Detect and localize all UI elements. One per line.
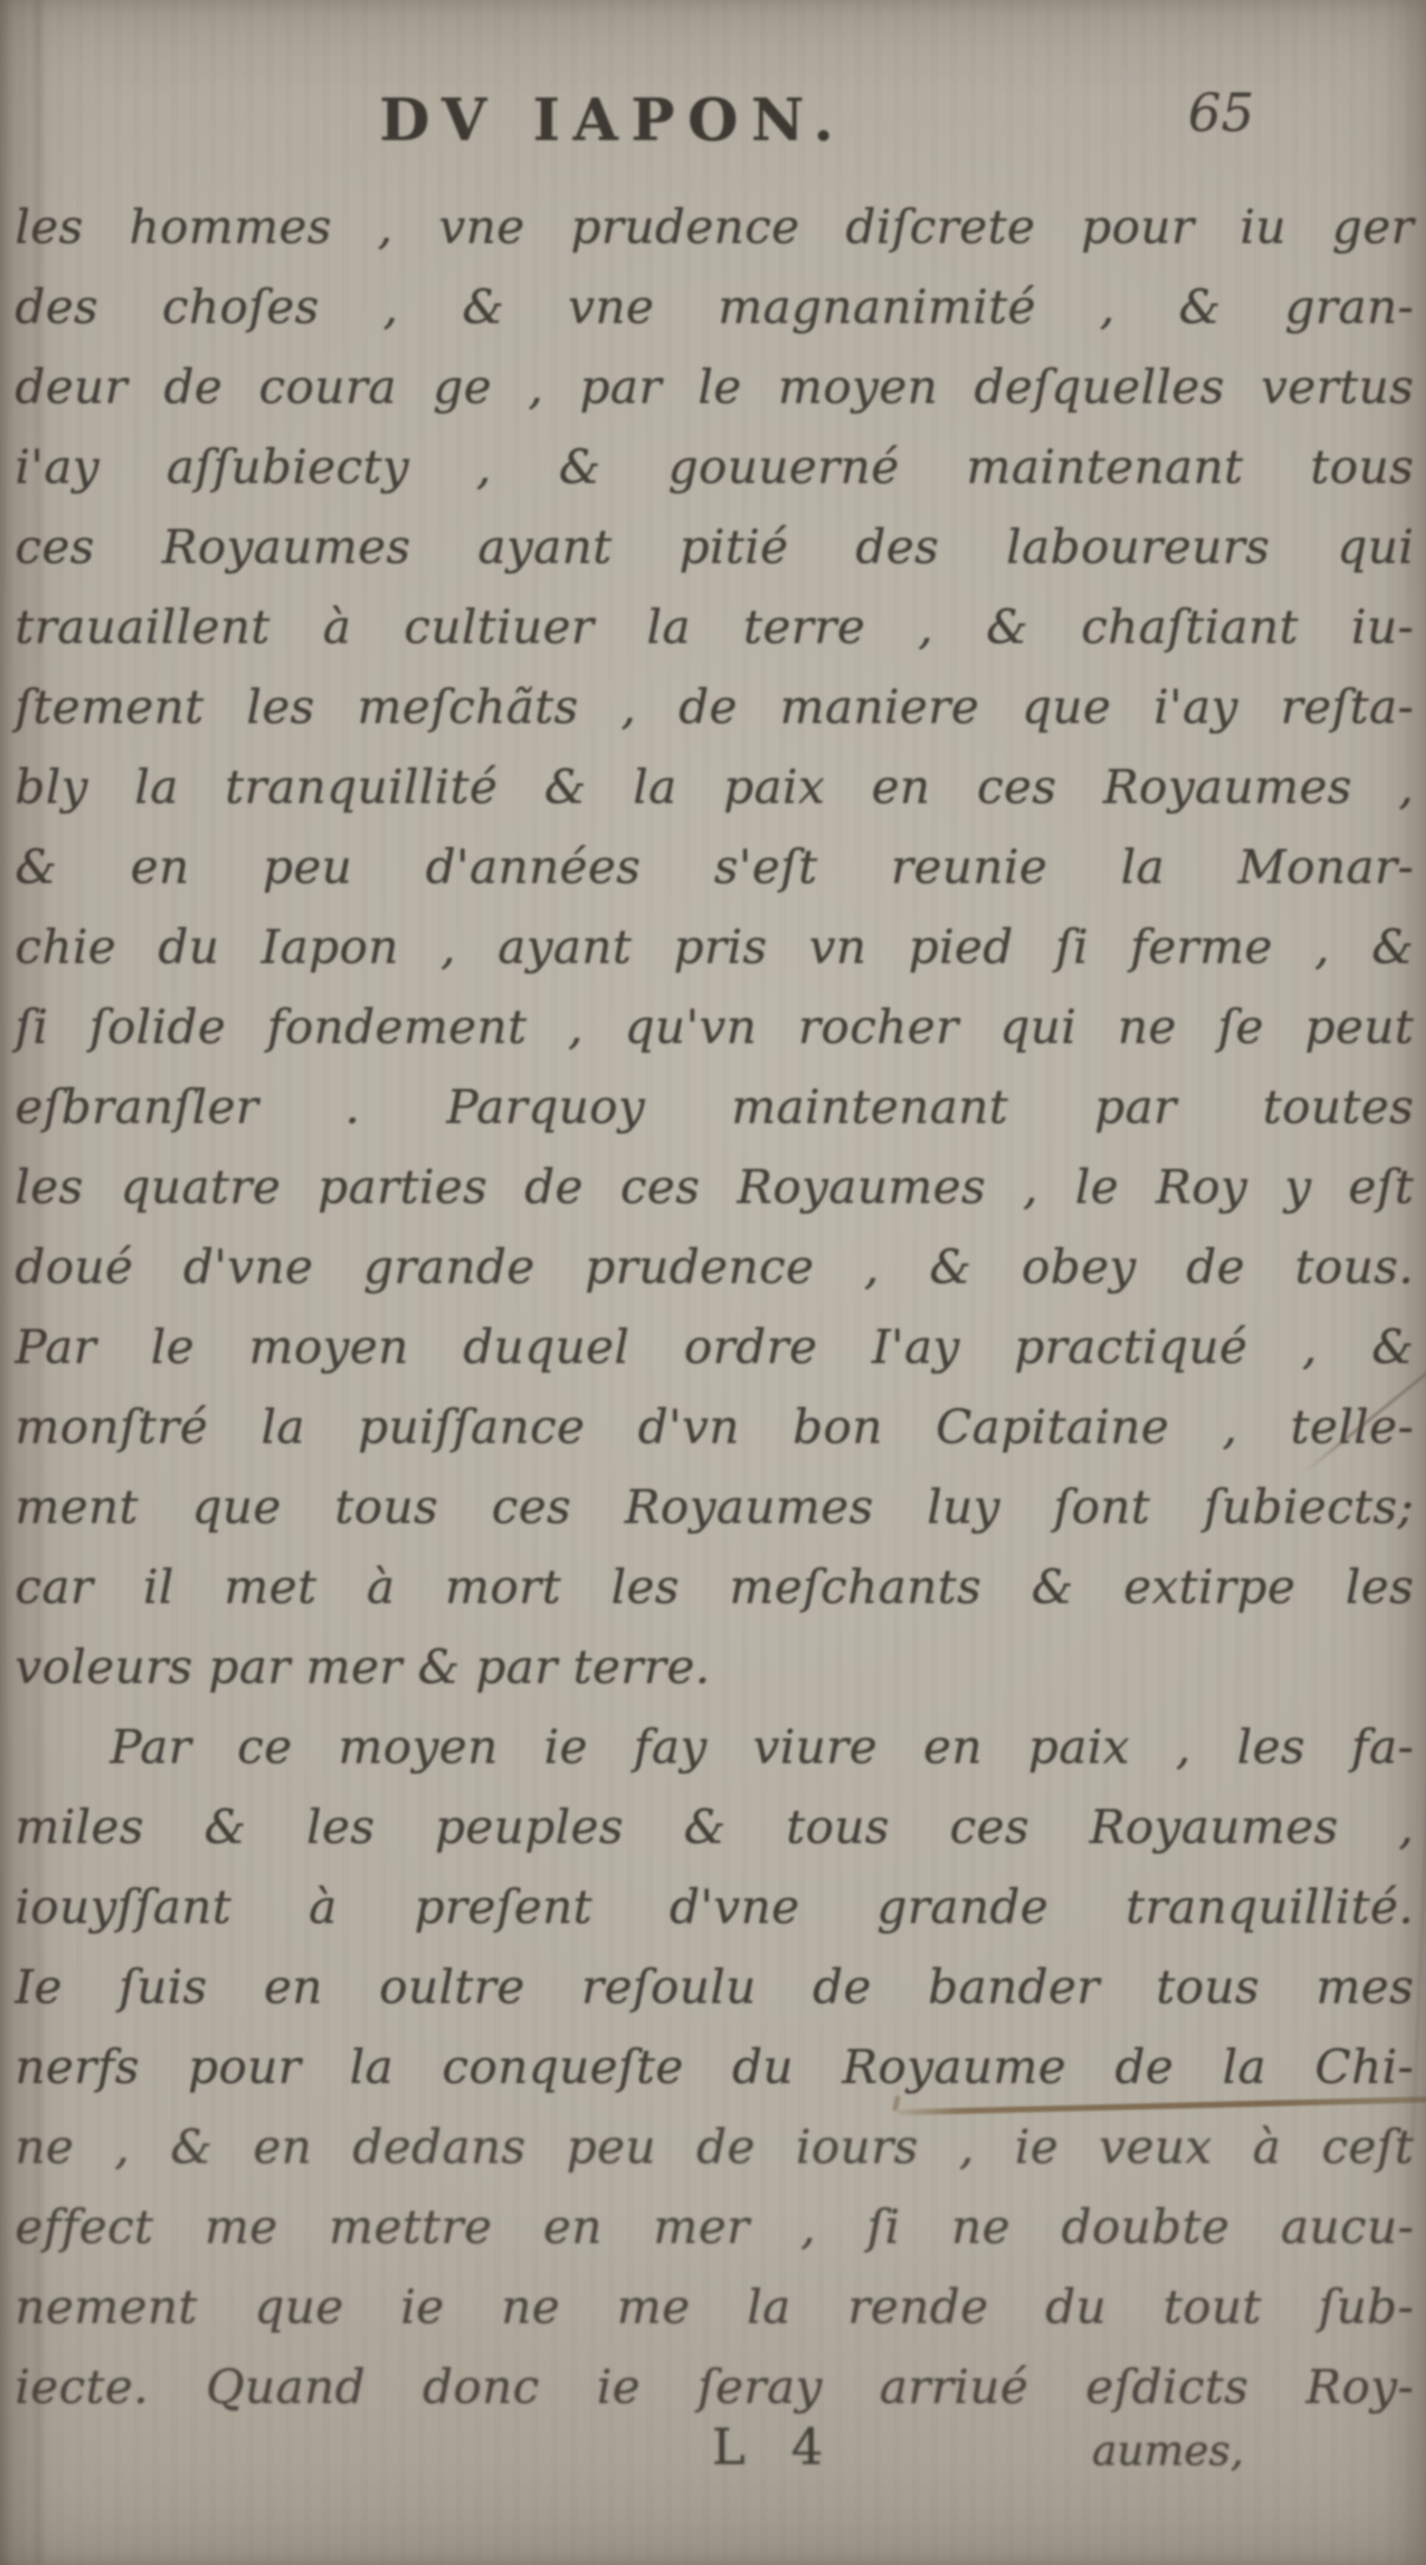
text-line: doué d'vne grande prudence , & obey de t… <box>15 1228 1414 1308</box>
page-number: 65 <box>1188 84 1254 144</box>
text-line: car il met à mort les meſchants & extirp… <box>15 1548 1414 1628</box>
text-line: trauaillent à cultiuer la terre , & chaſ… <box>15 588 1414 668</box>
text-line: ment que tous ces Royaumes luy ſont ſubi… <box>15 1468 1414 1548</box>
text-line: les hommes , vne prudence diſcrete pour … <box>15 188 1414 268</box>
text-line: ne , & en dedans peu de iours , ie veux … <box>15 2108 1414 2188</box>
paper-streak <box>34 0 41 2565</box>
page-footer: L 4 aumes, <box>0 2412 1426 2502</box>
text-line: nement que ie ne me la rende du tout ſub… <box>15 2268 1414 2348</box>
text-block: les hommes , vne prudence diſcrete pour … <box>15 188 1414 2428</box>
paragraph: les hommes , vne prudence diſcrete pour … <box>15 188 1414 1708</box>
text-line: miles & les peuples & tous ces Royaumes … <box>15 1788 1414 1868</box>
text-line: i'ay aſſubiecty , & gouuerné maintenant … <box>15 428 1414 508</box>
text-line: iouyſſant à preſent d'vne grande tranqui… <box>15 1868 1414 1948</box>
text-line: des choſes , & vne magnanimité , & gran- <box>15 268 1414 348</box>
catchword: aumes, <box>1092 2426 1244 2475</box>
text-line: bly la tranquillité & la paix en ces Roy… <box>15 748 1414 828</box>
text-line: ſi ſolide fondement , qu'vn rocher qui n… <box>15 988 1414 1068</box>
text-line: Par ce moyen ie fay viure en paix , les … <box>15 1708 1414 1788</box>
text-line: eſbranſler . Parquoy maintenant par tout… <box>15 1068 1414 1148</box>
text-line: Ie ſuis en oultre reſoulu de bander tous… <box>15 1948 1414 2028</box>
text-line: les quatre parties de ces Royaumes , le … <box>15 1148 1414 1228</box>
running-title: DV IAPON. <box>379 86 846 154</box>
text-line: & en peu d'années s'eſt reunie la Monar- <box>15 828 1414 908</box>
text-line: deur de coura ge , par le moyen deſquell… <box>15 348 1414 428</box>
text-line: nerfs pour la conqueſte du Royaume de la… <box>15 2028 1414 2108</box>
scanned-book-page: DV IAPON. 65 les hommes , vne prudence d… <box>0 0 1426 2565</box>
signature-mark: L 4 <box>712 2418 829 2476</box>
text-line: monſtré la puiſſance d'vn bon Capitaine … <box>15 1388 1414 1468</box>
text-line: ſtement les meſchãts , de maniere que i'… <box>15 668 1414 748</box>
text-line: chie du Iapon , ayant pris vn pied ſi fe… <box>15 908 1414 988</box>
text-line: ces Royaumes ayant pitié des laboureurs … <box>15 508 1414 588</box>
text-line: voleurs par mer & par terre. <box>15 1628 1414 1708</box>
text-line: Par le moyen duquel ordre I'ay practiqué… <box>15 1308 1414 1388</box>
paragraph: Par ce moyen ie fay viure en paix , les … <box>15 1708 1414 2428</box>
text-line: effect me mettre en mer , ſi ne doubte a… <box>15 2188 1414 2268</box>
